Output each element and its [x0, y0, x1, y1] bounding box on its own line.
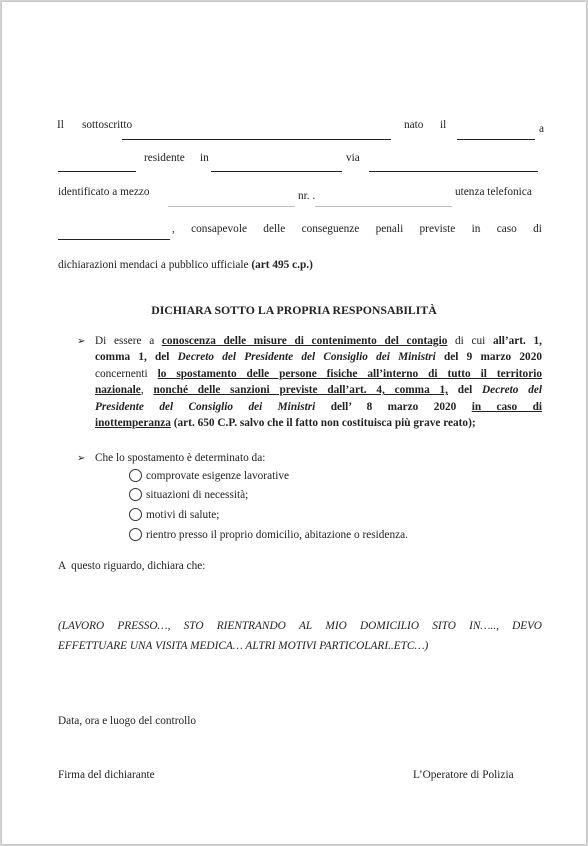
- label-il: Il: [57, 118, 64, 132]
- birth-date-field[interactable]: [457, 139, 535, 140]
- birth-place-field[interactable]: [58, 171, 136, 172]
- residence-city-field[interactable]: [211, 171, 342, 172]
- label-nr: nr. .: [298, 189, 315, 203]
- label-nato: nato: [404, 118, 423, 132]
- regard-text: A questo riguardo, dichiara che:: [58, 559, 205, 573]
- option-label: comprovate esigenze lavorative: [146, 469, 289, 483]
- decl1-line-4: nazionale, nonché delle sanzioni previst…: [95, 383, 542, 397]
- decl1-line-2: comma 1, del Decreto del Presidente del …: [95, 350, 542, 364]
- radio-rientro[interactable]: [129, 528, 142, 541]
- decl1-line-3: concernenti lo spostamento delle persone…: [95, 367, 542, 381]
- label-via: via: [346, 151, 360, 165]
- radio-salute[interactable]: [129, 508, 142, 521]
- label-in: in: [200, 151, 209, 165]
- example-line-1: (LAVORO PRESSO…, STO RIENTRANDO AL MIO D…: [58, 619, 542, 633]
- decl1-line-6: inottemperanza (art. 650 C.P. salvo che …: [95, 416, 476, 430]
- radio-necessita[interactable]: [129, 488, 142, 501]
- label-identificato: identificato a mezzo: [58, 185, 150, 199]
- label-utenza-telefonica: utenza telefonica: [455, 185, 532, 199]
- decl1-line-1: Di essere a conoscenza delle misure di c…: [95, 334, 542, 348]
- phone-field[interactable]: [58, 239, 170, 240]
- document-page: Il sottoscritto nato il a residente in v…: [2, 2, 586, 844]
- label-a: a: [539, 122, 544, 136]
- declaration-heading: DICHIARA SOTTO LA PROPRIA RESPONSABILITÀ: [2, 303, 586, 318]
- decl1-line-5: Presidente del Consiglio dei Ministri de…: [95, 400, 542, 414]
- declarant-signature-label: Firma del dichiarante: [58, 768, 155, 782]
- street-field[interactable]: [369, 171, 538, 172]
- consapevole-line: , consapevole delle conseguenze penali p…: [172, 222, 542, 236]
- example-line-2: EFFETTUARE UNA VISITA MEDICA… ALTRI MOTI…: [58, 639, 428, 653]
- option-label: motivi di salute;: [146, 508, 219, 522]
- document-number-field[interactable]: [315, 206, 452, 207]
- label-residente: residente: [144, 151, 185, 165]
- arrow-bullet-icon: ➢: [77, 336, 85, 347]
- date-place-label: Data, ora e luogo del controllo: [58, 714, 196, 728]
- document-type-field[interactable]: [168, 206, 295, 207]
- label-il-2: il: [440, 118, 446, 132]
- spostamento-intro: Che lo spostamento è determinato da:: [95, 451, 265, 465]
- label-sottoscritto: sottoscritto: [82, 118, 132, 132]
- dichiarazioni-line: dichiarazioni mendaci a pubblico ufficia…: [58, 258, 313, 272]
- sottoscritto-field[interactable]: [122, 139, 391, 140]
- option-label: rientro presso il proprio domicilio, abi…: [146, 528, 408, 542]
- officer-signature-label: L’Operatore di Polizia: [413, 768, 514, 782]
- option-label: situazioni di necessità;: [146, 488, 248, 502]
- radio-lavorative[interactable]: [129, 469, 142, 482]
- arrow-bullet-icon: ➢: [77, 453, 85, 464]
